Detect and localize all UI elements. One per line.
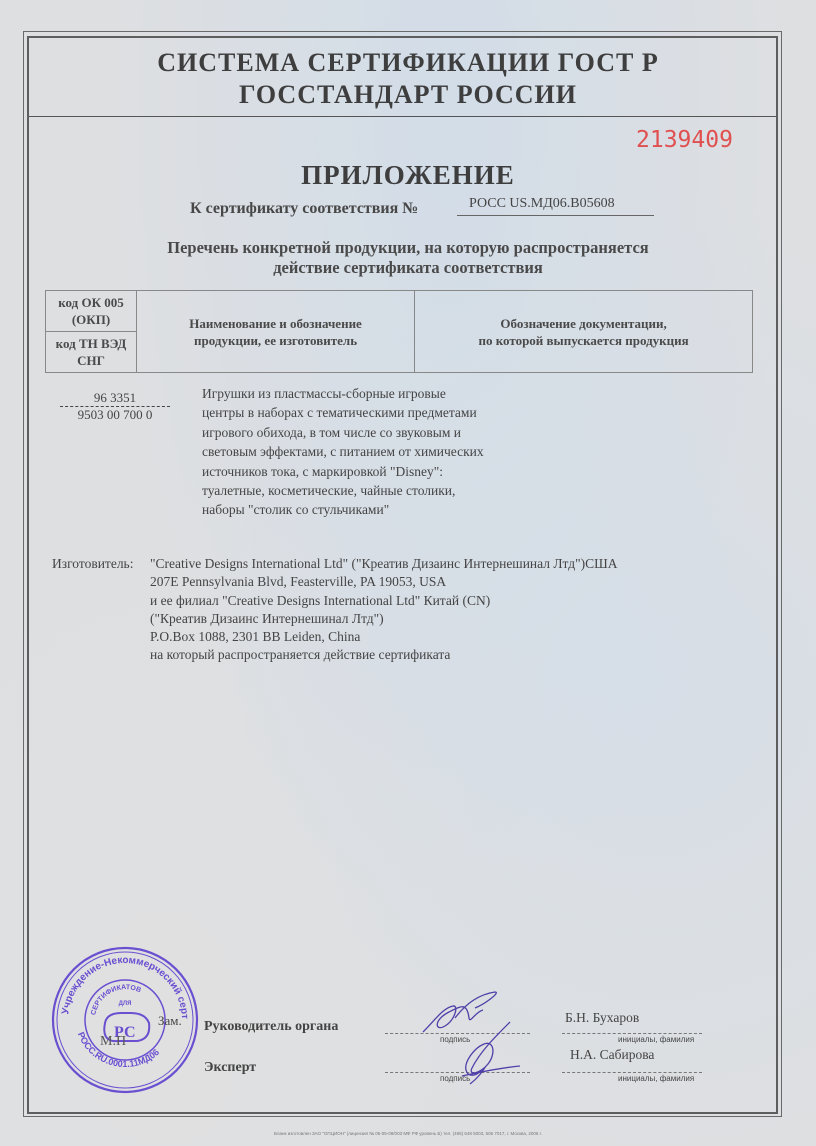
product-codes: 96 3351 9503 00 700 0 [60, 390, 170, 422]
header-product-name: Наименование и обозначение продукции, ее… [137, 291, 415, 373]
expert-signature-icon [450, 1018, 530, 1088]
gosstandart-title: ГОССТАНДАРТ РОССИИ [0, 80, 816, 110]
manufacturer-line: P.O.Box 1088, 2301 BB Leiden, China [150, 628, 750, 646]
certificate-number: РОСС US.МД06.В05608 [457, 196, 654, 216]
svg-text:СЕРТИФИКАТОВ: СЕРТИФИКАТОВ [90, 984, 142, 1016]
manufacturer-label: Изготовитель: [52, 555, 148, 573]
list-title-line1: Перечень конкретной продукции, на котору… [0, 238, 816, 258]
manufacturer-line: ("Креатив Дизаинс Интернешинал Лтд") [150, 610, 750, 628]
head-name: Б.Н. Бухаров [565, 1010, 639, 1026]
expert-name-caption: инициалы, фамилия [618, 1074, 694, 1083]
product-code-okp: 96 3351 [60, 390, 170, 407]
product-line: источников тока, с маркировкой "Disney": [202, 462, 532, 481]
product-line: наборы "столик со стульчиками" [202, 500, 532, 519]
header-documentation-line1: Обозначение документации, [416, 315, 751, 332]
expert-label: Эксперт [204, 1060, 256, 1076]
header-documentation-line2: по которой выпускается продукция [416, 332, 751, 349]
manufacturer-line: "Creative Designs International Ltd" ("К… [150, 555, 750, 573]
expert-name-line [562, 1072, 702, 1073]
header-product-name-line2: продукции, ее изготовитель [138, 332, 413, 349]
head-of-body-label: Руководитель органа [204, 1019, 338, 1035]
header-code-tnved: код ТН ВЭД СНГ [46, 332, 137, 373]
deputy-label: Зам. [158, 1013, 182, 1029]
seal-place-label: М.П [100, 1034, 126, 1050]
certificate-label: К сертификату соответствия № [190, 200, 418, 218]
product-line: центры в наборах с тематическими предмет… [202, 403, 532, 422]
expert-name: Н.А. Сабирова [570, 1047, 654, 1063]
header-documentation: Обозначение документации, по которой вып… [415, 291, 753, 373]
product-description: Игрушки из пластмассы-сборные игровые це… [202, 384, 532, 520]
appendix-title: ПРИЛОЖЕНИЕ [0, 160, 816, 191]
list-title-line2: действие сертификата соответствия [0, 258, 816, 278]
product-line: туалетные, косметические, чайные столики… [202, 481, 532, 500]
manufacturer-line: и ее филиал "Creative Designs Internatio… [150, 592, 750, 610]
manufacturer-line: на который распространяется действие сер… [150, 646, 750, 664]
product-line: световым эффектами, с питанием от химиче… [202, 442, 532, 461]
system-title: СИСТЕМА СЕРТИФИКАЦИИ ГОСТ Р [0, 48, 816, 78]
product-line: Игрушки из пластмассы-сборные игровые [202, 384, 532, 403]
product-line: игрового обихода, в том числе со звуковы… [202, 423, 532, 442]
header-product-name-line1: Наименование и обозначение [138, 315, 413, 332]
head-name-caption: инициалы, фамилия [618, 1035, 694, 1044]
product-code-tnved: 9503 00 700 0 [60, 407, 170, 422]
serial-number: 2139409 [636, 127, 733, 153]
svg-text:Учреждение-Некоммерческий серт: Учреждение-Некоммерческий сертиф. [50, 945, 190, 1019]
products-table-header: код ОК 005 (ОКП) Наименование и обозначе… [45, 290, 753, 373]
svg-text:ДЛЯ: ДЛЯ [119, 1001, 132, 1007]
header-code-okp: код ОК 005 (ОКП) [46, 291, 137, 332]
header-divider [29, 116, 776, 117]
head-name-line [562, 1033, 702, 1034]
print-footer: Бланк изготовлен ЗАО "ОПЦИОН" (лицензия … [0, 1131, 816, 1136]
manufacturer-line: 207E Pennsylvania Blvd, Feasterville, PA… [150, 573, 750, 591]
